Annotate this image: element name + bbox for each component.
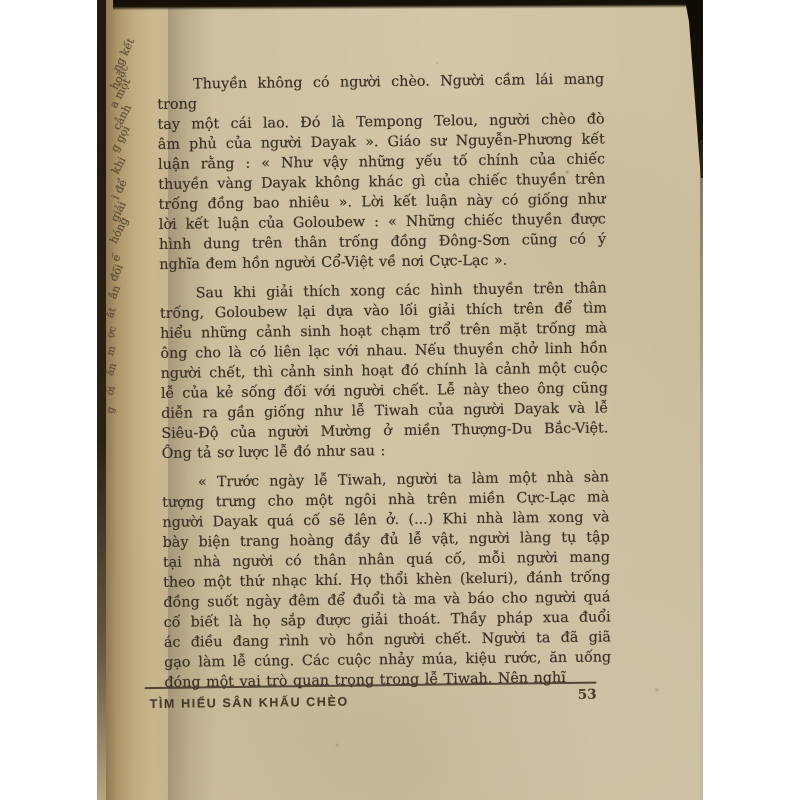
text-line: Ông tả sơ lược lễ đó như sau : xyxy=(162,438,609,463)
screenshot-root: { "colors": { "page_bg": "#cbbc9c", "ink… xyxy=(0,0,800,800)
book-page-photo: ng kếthoặca mộtcảnhg gọikhii đểgiảihóngế… xyxy=(97,0,703,800)
text-block: Thuyền không có người chèo. Người cầm lá… xyxy=(157,69,612,701)
page-number: 53 xyxy=(537,687,597,704)
printed-content: Thuyền không có người chèo. Người cầm lá… xyxy=(97,0,703,800)
text-line: nghĩa đem hồn người Cổ-Việt về nơi Cực-L… xyxy=(159,249,606,274)
paragraph: Thuyền không có người chèo. Người cầm lá… xyxy=(157,69,606,274)
paragraph: Sau khi giải thích xong các hình thuyền … xyxy=(160,278,609,463)
footer-book-title: TÌM HIỂU SÂN KHẤU CHÈO xyxy=(150,695,349,711)
paragraph: « Trước ngày lễ Tiwah, người ta làm một … xyxy=(162,467,612,692)
text-line: Thuyền không có người chèo. Người cầm lá… xyxy=(157,69,604,114)
